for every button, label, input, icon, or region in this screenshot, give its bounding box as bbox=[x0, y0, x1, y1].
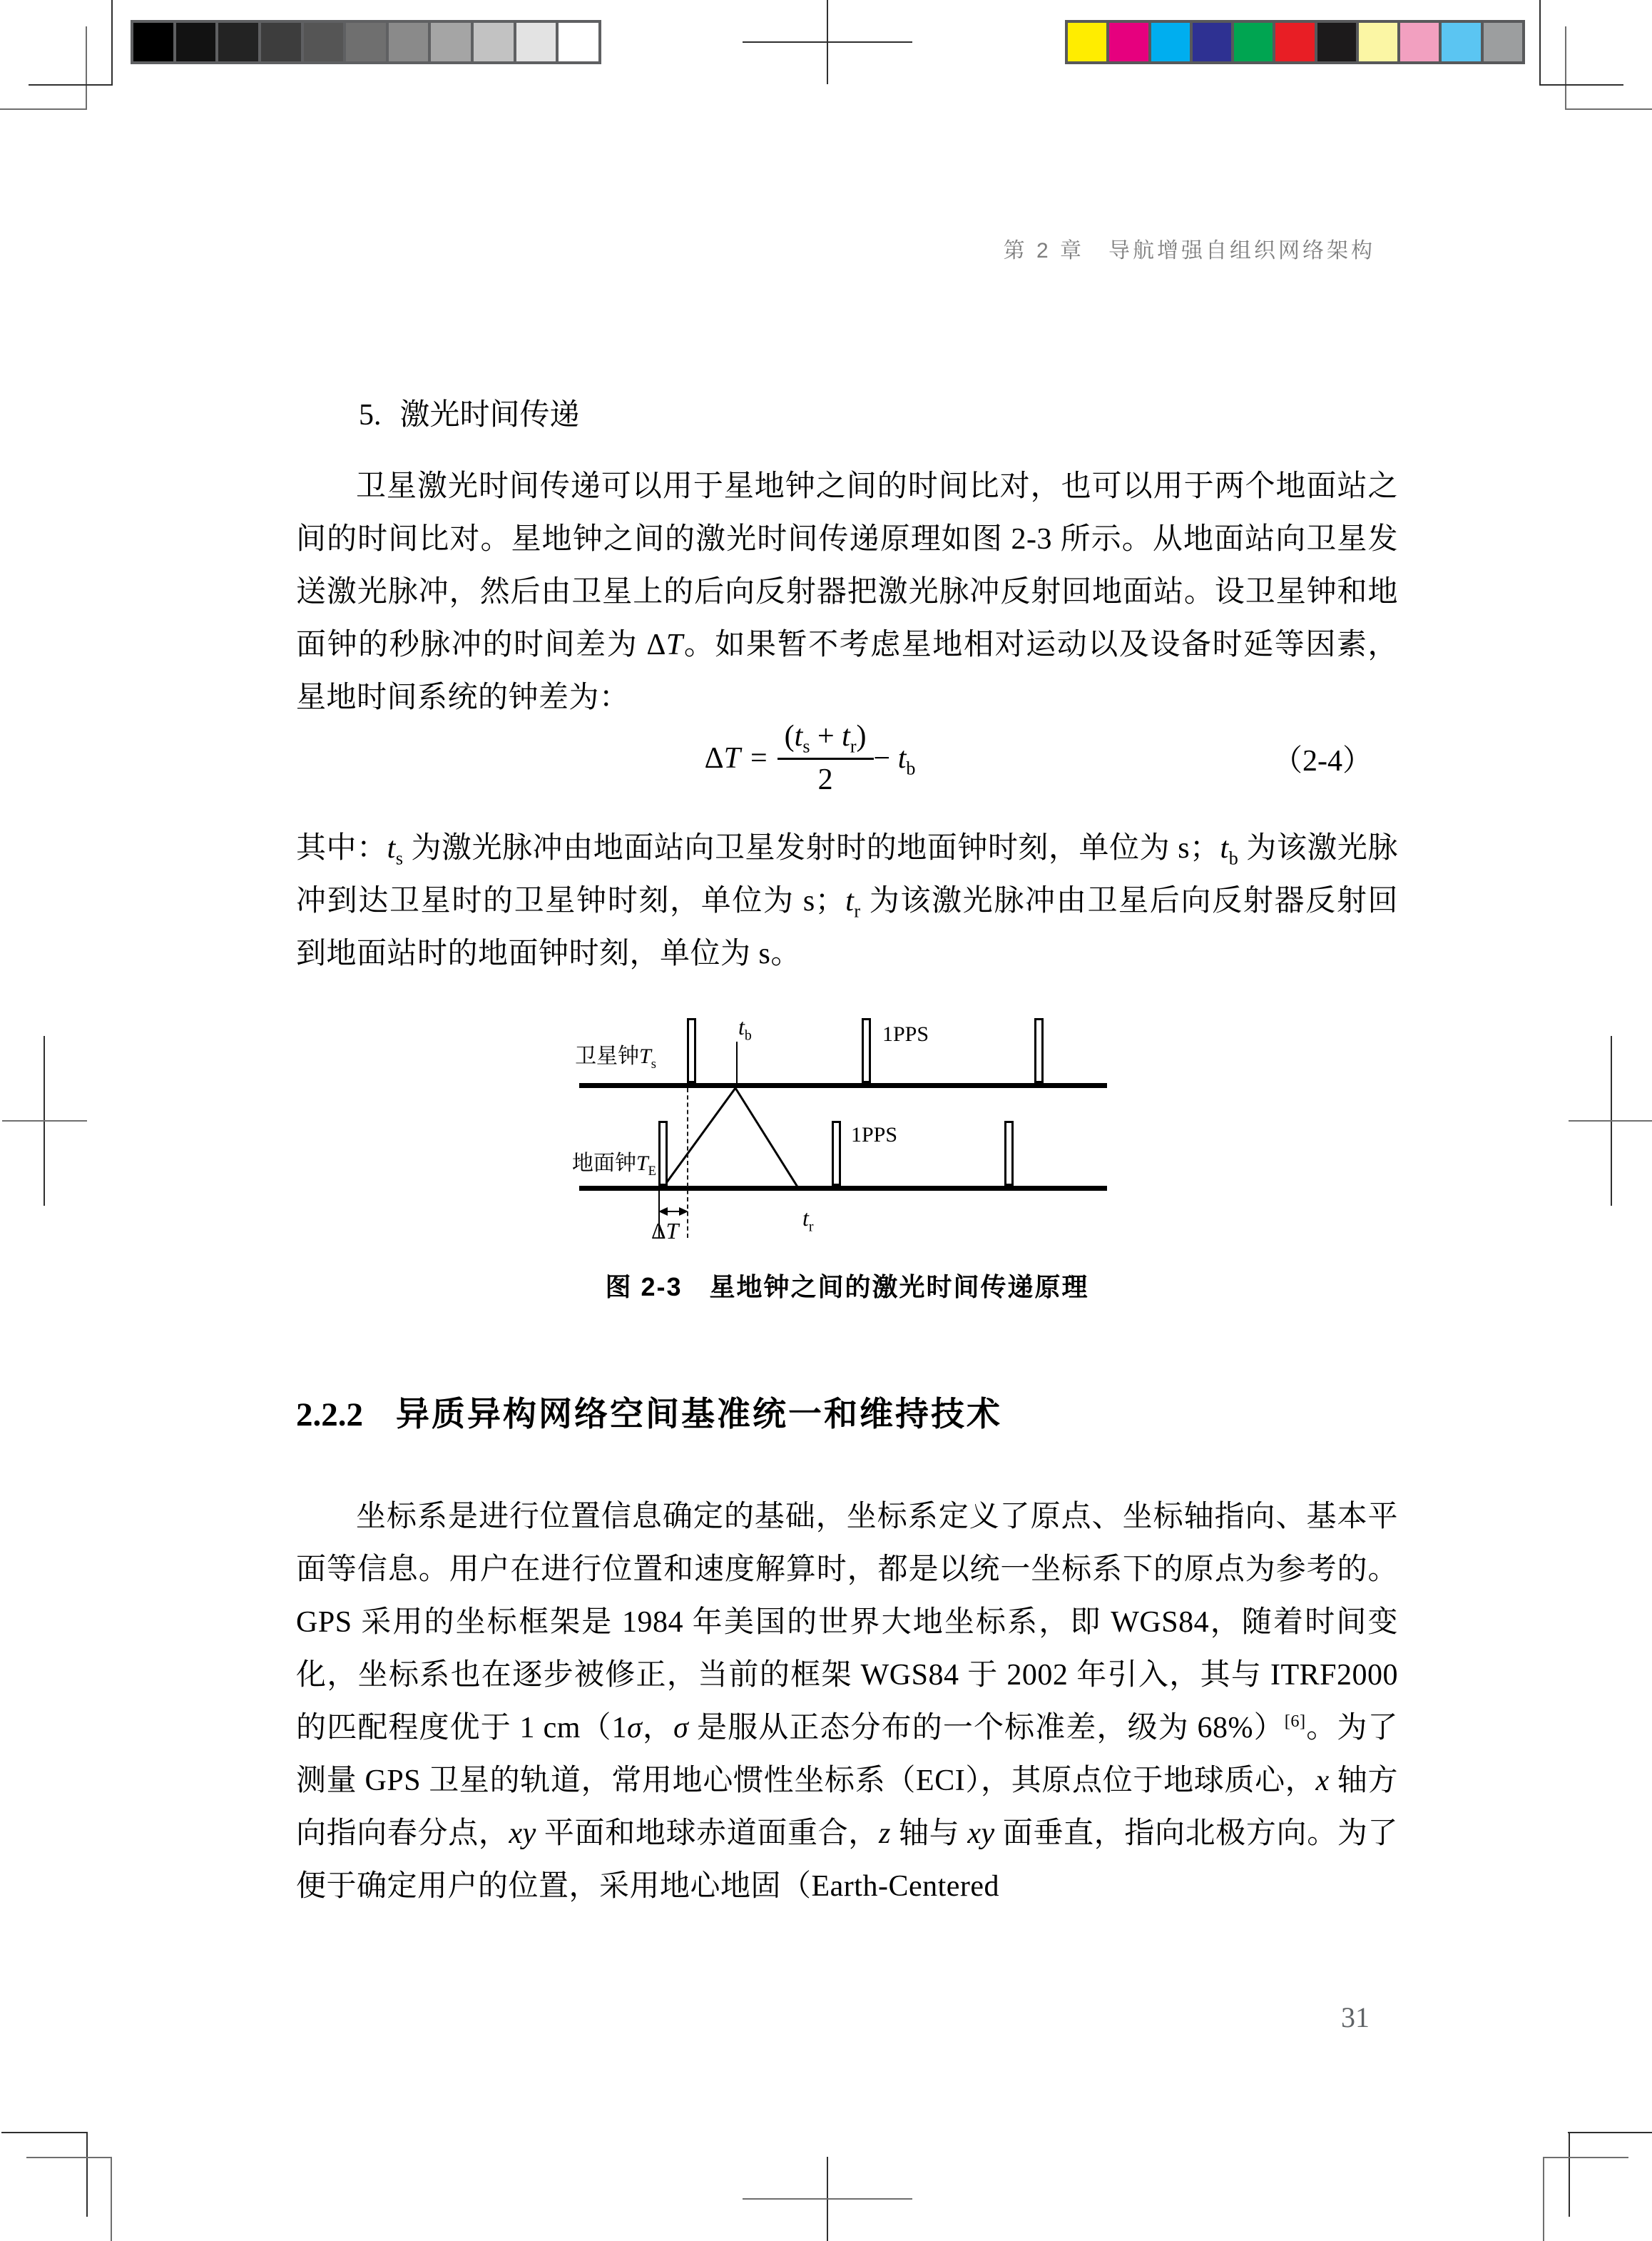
calibration-swatch bbox=[1484, 23, 1522, 61]
grayscale-calibration-bar bbox=[131, 20, 601, 64]
ground-clock-label: 地面钟TE bbox=[571, 1145, 656, 1177]
equation-number: （2-4） bbox=[1273, 737, 1372, 780]
equation-2-4: ΔT = (ts + tr) 2 − tb （2-4） bbox=[296, 719, 1398, 797]
calibration-swatch bbox=[176, 23, 216, 61]
registration-mark bbox=[1543, 2157, 1628, 2158]
calibration-swatch bbox=[218, 23, 258, 61]
figure-caption: 图 2-3 星地钟之间的激光时间传递原理 bbox=[296, 1267, 1398, 1304]
registration-mark bbox=[1568, 2132, 1652, 2133]
ground-pps-pulse bbox=[832, 1121, 841, 1186]
calibration-swatch bbox=[516, 23, 556, 61]
calibration-swatch bbox=[1400, 23, 1439, 61]
calibration-swatch bbox=[1359, 23, 1397, 61]
ground-timeline bbox=[579, 1186, 1107, 1191]
registration-mark bbox=[1, 2132, 87, 2133]
registration-mark bbox=[86, 2132, 88, 2217]
page-number: 31 bbox=[1323, 2001, 1387, 2034]
paragraph-coordinate-systems: 坐标系是进行位置信息确定的基础，坐标系定义了原点、坐标轴指向、基本平面等信息。用… bbox=[296, 1490, 1398, 1913]
calibration-swatch bbox=[1442, 23, 1480, 61]
registration-mark bbox=[111, 0, 113, 86]
delta-t-label: ΔT bbox=[651, 1218, 678, 1244]
tb-marker-line bbox=[736, 1042, 738, 1083]
registration-mark bbox=[1539, 0, 1541, 86]
calibration-swatch bbox=[1317, 23, 1356, 61]
registration-mark bbox=[1565, 108, 1652, 110]
running-header: 第 2 章 导航增强自组织网络架构 bbox=[1004, 233, 1375, 264]
tb-label: tb bbox=[738, 1014, 752, 1040]
calibration-swatch bbox=[1193, 23, 1231, 61]
fraction: (ts + tr) 2 bbox=[777, 719, 874, 797]
registration-mark bbox=[26, 2157, 111, 2158]
registration-mark bbox=[111, 2157, 112, 2241]
registration-mark bbox=[1569, 2132, 1570, 2217]
calibration-swatch bbox=[1151, 23, 1190, 61]
equals-sign: = bbox=[750, 741, 768, 776]
calibration-swatch bbox=[261, 23, 301, 61]
list-heading: 5.激光时间传递 bbox=[359, 391, 580, 434]
registration-mark bbox=[2, 1120, 87, 1122]
fraction-denominator: 2 bbox=[818, 760, 833, 797]
registration-mark bbox=[86, 26, 87, 110]
calibration-swatch bbox=[474, 23, 514, 61]
calibration-swatch bbox=[304, 23, 344, 61]
paragraph-variable-definitions: 其中：ts 为激光脉冲由地面站向卫星发射时的地面钟时刻，单位为 s；tb 为该激… bbox=[296, 822, 1398, 980]
figure-2-3-timing-diagram: 卫星钟Ts 地面钟TE tb 1PPS 1PPS tr ΔT bbox=[571, 995, 1113, 1252]
calibration-swatch bbox=[1234, 23, 1273, 61]
satellite-clock-label: 卫星钟Ts bbox=[571, 1038, 656, 1069]
equation-rhs: − tb bbox=[874, 741, 916, 776]
registration-mark bbox=[29, 84, 113, 86]
calibration-swatch bbox=[1109, 23, 1148, 61]
calibration-swatch bbox=[133, 23, 173, 61]
calibration-swatch bbox=[559, 23, 598, 61]
satellite-timeline bbox=[579, 1083, 1107, 1088]
ground-pps-pulse bbox=[1004, 1121, 1014, 1186]
section-number: 2.2.2 bbox=[296, 1396, 363, 1433]
book-page: 第 2 章 导航增强自组织网络架构 5.激光时间传递 卫星激光时间传递可以用于星… bbox=[0, 0, 1652, 2241]
list-heading-number: 5. bbox=[359, 399, 382, 432]
fraction-numerator: (ts + tr) bbox=[777, 719, 874, 760]
dashed-reference-line bbox=[687, 1088, 688, 1238]
laser-path-graphic bbox=[571, 995, 1113, 1252]
satellite-pps-pulse bbox=[862, 1018, 871, 1083]
pps-label-bottom: 1PPS bbox=[851, 1123, 897, 1147]
registration-mark bbox=[1543, 2157, 1544, 2241]
calibration-swatch bbox=[1275, 23, 1314, 61]
pps-label-top: 1PPS bbox=[882, 1022, 929, 1047]
registration-mark bbox=[0, 108, 87, 110]
tr-label: tr bbox=[802, 1205, 814, 1231]
calibration-swatch bbox=[431, 23, 471, 61]
list-heading-title: 激光时间传递 bbox=[400, 399, 580, 432]
color-calibration-bar bbox=[1065, 20, 1525, 64]
registration-mark bbox=[827, 0, 828, 84]
paragraph-laser-time-transfer: 卫星激光时间传递可以用于星地钟之间的时间比对，也可以用于两个地面站之间的时间比对… bbox=[296, 460, 1398, 724]
satellite-pps-pulse bbox=[687, 1018, 696, 1083]
section-title: 异质异构网络空间基准统一和维持技术 bbox=[396, 1395, 1002, 1433]
registration-mark bbox=[1565, 26, 1566, 110]
section-heading-2-2-2: 2.2.2异质异构网络空间基准统一和维持技术 bbox=[296, 1388, 1002, 1435]
calibration-swatch bbox=[346, 23, 386, 61]
ground-pps-pulse bbox=[658, 1121, 668, 1186]
registration-mark bbox=[1539, 84, 1623, 86]
calibration-swatch bbox=[1068, 23, 1106, 61]
equation-lhs: ΔT bbox=[705, 741, 740, 776]
calibration-swatch bbox=[389, 23, 429, 61]
registration-mark bbox=[743, 2198, 912, 2200]
satellite-pps-pulse bbox=[1034, 1018, 1044, 1083]
registration-mark bbox=[1569, 1120, 1652, 1122]
